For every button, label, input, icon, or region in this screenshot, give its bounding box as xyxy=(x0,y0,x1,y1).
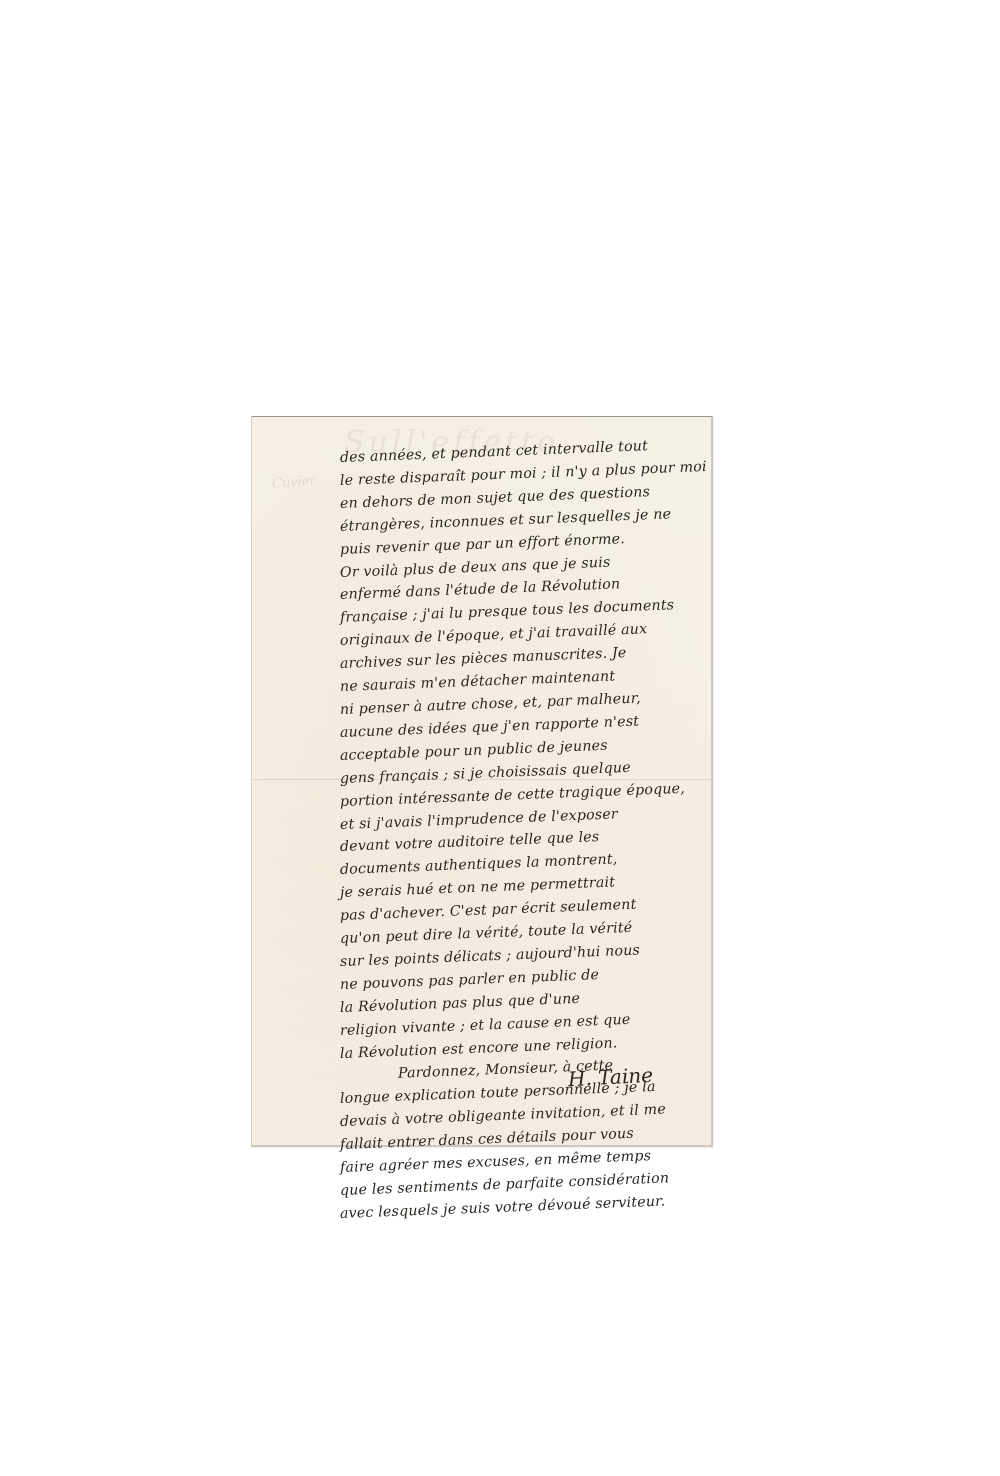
letter-body: des années, et pendant cet intervalle to… xyxy=(340,447,710,1226)
signature: H. Taine xyxy=(567,1063,653,1091)
bleed-through-margin-text: Cuvier xyxy=(272,473,317,491)
letter-page: Sull'effetto Cuvier des années, et penda… xyxy=(251,416,713,1147)
